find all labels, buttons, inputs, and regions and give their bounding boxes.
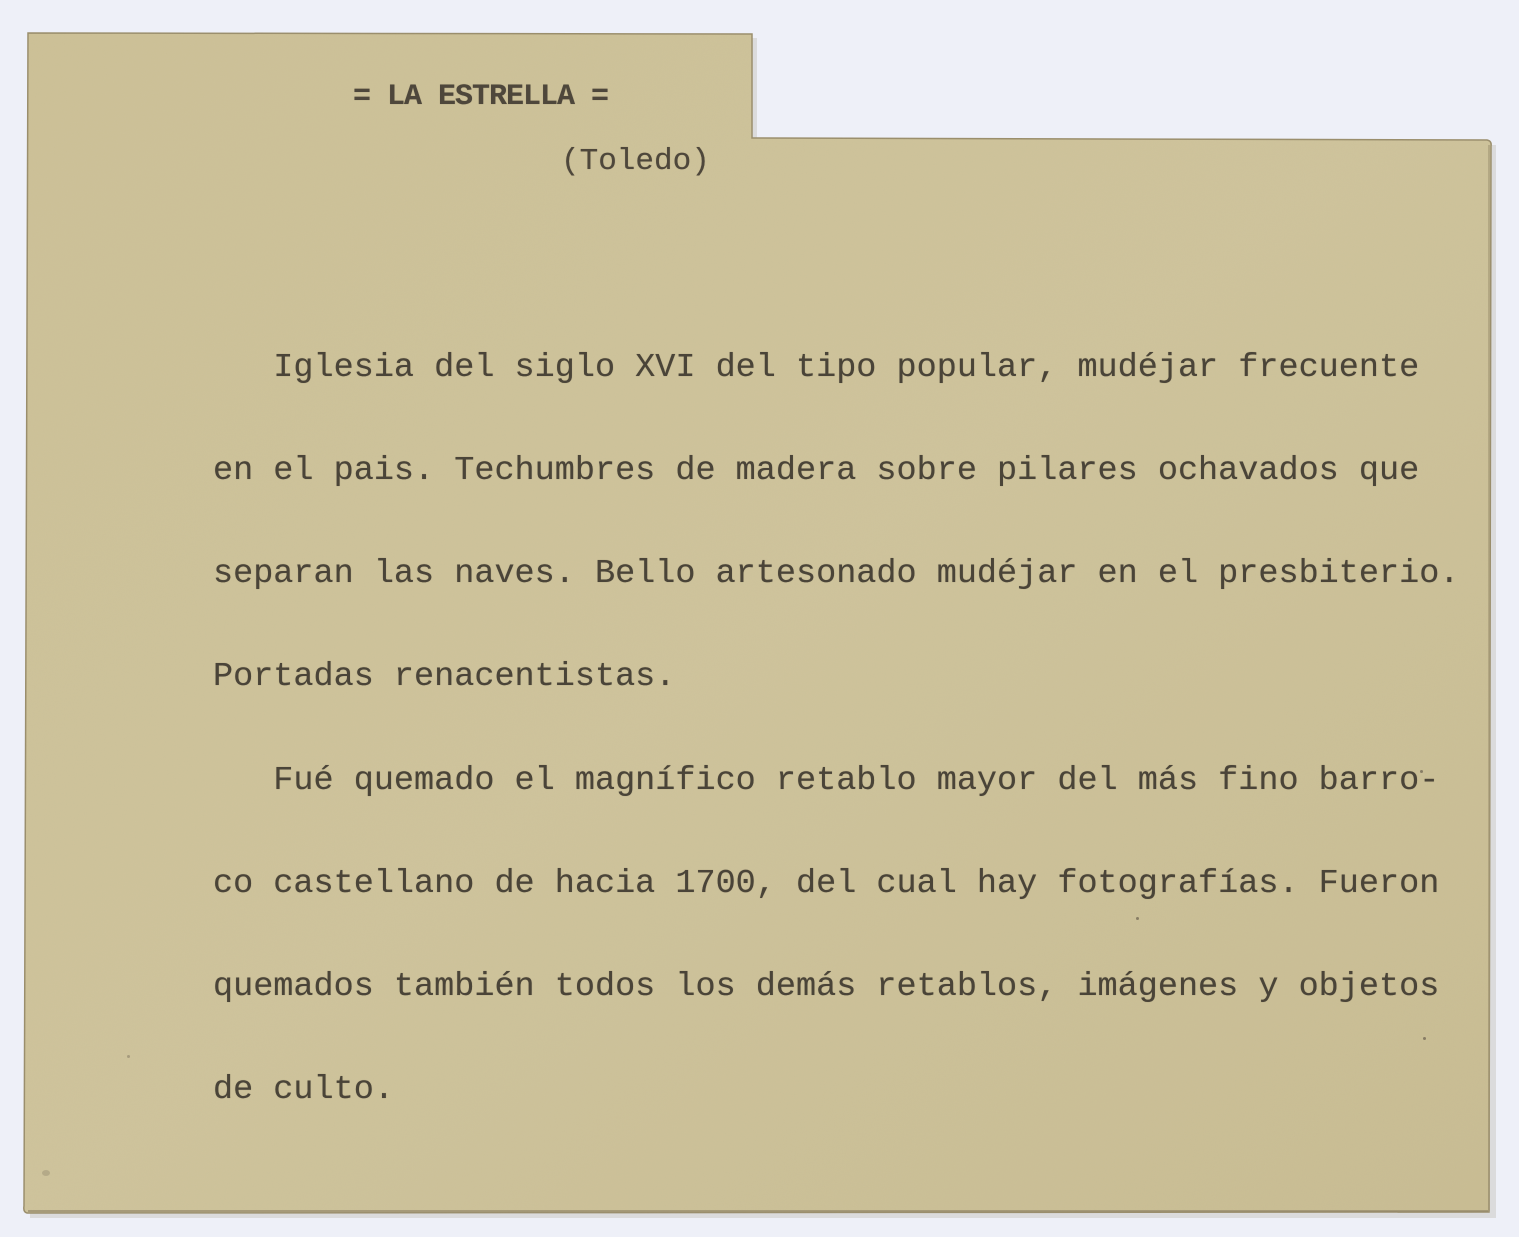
paper-stain bbox=[42, 1170, 50, 1176]
card-title: = LA ESTRELLA = bbox=[353, 80, 608, 114]
body-line: en el pais. Techumbres de madera sobre p… bbox=[213, 454, 1459, 488]
body-line: Portadas renacentistas. bbox=[213, 660, 1459, 694]
body-line: co castellano de hacia 1700, del cual ha… bbox=[213, 867, 1459, 901]
body-line: separan las naves. Bello artesonado mudé… bbox=[213, 557, 1459, 591]
card-location: (Toledo) bbox=[561, 145, 710, 179]
body-line: Iglesia del siglo XVI del tipo popular, … bbox=[213, 351, 1459, 385]
body-line: de culto. bbox=[213, 1073, 1459, 1107]
paper-speck bbox=[127, 1055, 130, 1058]
body-line: Fué quemado el magnífico retablo mayor d… bbox=[213, 764, 1459, 798]
card-body: Iglesia del siglo XVI del tipo popular, … bbox=[213, 282, 1459, 1142]
body-line: quemados también todos los demás retablo… bbox=[213, 970, 1459, 1004]
